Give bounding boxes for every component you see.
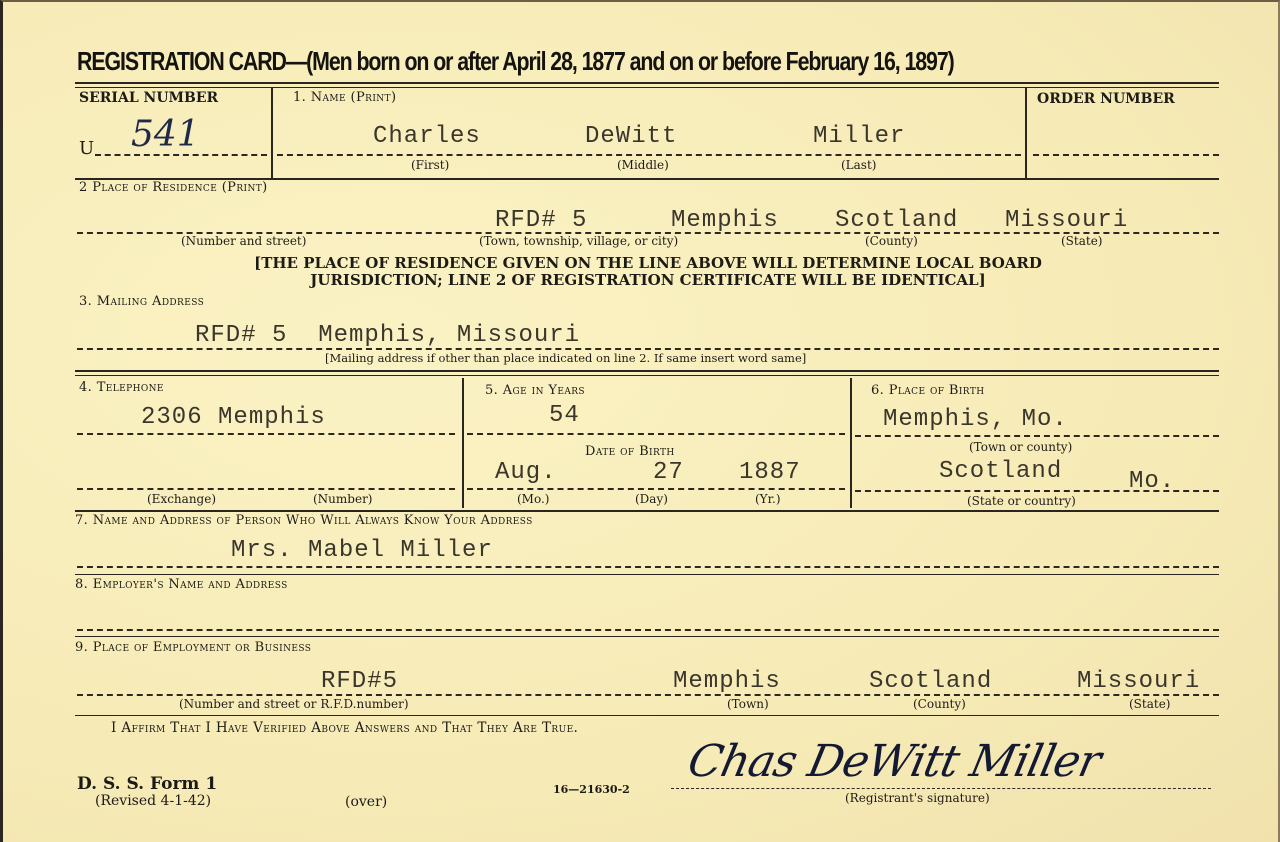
dob-year-value[interactable]: 1887 <box>739 459 801 486</box>
rule-after-birth <box>75 510 1219 512</box>
employer-underline <box>77 629 1219 631</box>
card-title: REGISTRATION CARD—(Men born on or after … <box>77 46 954 77</box>
residence-label: 2 Place of Residence (Print) <box>79 180 268 195</box>
birthplace-town-value[interactable]: Memphis, Mo. <box>883 406 1068 433</box>
rule-after-employment <box>75 715 1219 716</box>
telephone-underline-1 <box>77 433 455 435</box>
exchange-caption: (Exchange) <box>147 492 216 506</box>
employment-town-caption: (Town) <box>727 697 769 711</box>
form-id: D. S. S. Form 1 <box>77 774 217 794</box>
serial-prefix: U <box>79 138 94 159</box>
last-name-value[interactable]: Miller <box>813 123 905 150</box>
middle-name-value[interactable]: DeWitt <box>585 123 677 150</box>
name-label: 1. Name (Print) <box>293 90 396 105</box>
birthplace-town-caption: (Town or county) <box>969 440 1072 454</box>
name-underline <box>277 154 1021 156</box>
first-name-value[interactable]: Charles <box>373 123 481 150</box>
employment-state-value[interactable]: Missouri <box>1077 668 1200 695</box>
employment-label: 9. Place of Employment or Business <box>75 640 311 655</box>
residence-street-value[interactable]: RFD# 5 <box>495 207 587 234</box>
state-caption: (State) <box>1061 234 1102 248</box>
last-caption: (Last) <box>841 158 876 172</box>
serial-underline <box>95 154 267 156</box>
signature-caption: (Registrant's signature) <box>845 791 990 805</box>
over-indicator: (over) <box>345 794 387 810</box>
year-caption: (Yr.) <box>755 492 781 506</box>
employment-state-caption: (State) <box>1129 697 1170 711</box>
telephone-label: 4. Telephone <box>79 380 164 395</box>
month-caption: (Mo.) <box>517 492 549 506</box>
age-label: 5. Age in Years <box>485 383 585 398</box>
form-revised: (Revised 4-1-42) <box>95 793 211 809</box>
birthplace-county-value[interactable]: Scotland <box>939 458 1062 485</box>
rule-after-contact <box>75 574 1219 575</box>
employment-county-value[interactable]: Scotland <box>869 668 992 695</box>
top-rule <box>75 82 1219 84</box>
dob-label: Date of Birth <box>585 444 675 459</box>
employment-town-value[interactable]: Memphis <box>673 668 781 695</box>
middle-caption: (Middle) <box>617 158 669 172</box>
first-caption: (First) <box>411 158 449 172</box>
age-underline <box>467 433 845 435</box>
number-caption: (Number) <box>313 492 373 506</box>
telephone-value[interactable]: 2306 Memphis <box>141 404 326 431</box>
notice-line-2: JURISDICTION; LINE 2 OF REGISTRATION CER… <box>103 272 1193 289</box>
signature-line <box>671 788 1211 789</box>
residence-state-value[interactable]: Missouri <box>1005 207 1128 234</box>
rule-after-mailing-thin <box>75 375 1219 376</box>
employment-street-value[interactable]: RFD#5 <box>321 668 398 695</box>
divider-tel-age <box>462 378 464 508</box>
affirmation-text: I Affirm That I Have Verified Above Answ… <box>111 720 578 736</box>
contact-value[interactable]: Mrs. Mabel Miller <box>231 537 493 564</box>
dob-day-value[interactable]: 27 <box>653 459 684 486</box>
top-rule-thin <box>75 87 1219 88</box>
divider-age-birth <box>850 378 852 508</box>
divider-serial-name <box>271 88 273 178</box>
birthplace-underline-2 <box>855 490 1219 492</box>
employment-underline <box>77 694 1219 696</box>
rule-after-mailing <box>75 370 1219 372</box>
notice-line-1: [THE PLACE OF RESIDENCE GIVEN ON THE LIN… <box>103 255 1193 272</box>
birthplace-state-caption: (State or country) <box>967 494 1076 508</box>
order-number-field[interactable] <box>1033 154 1219 156</box>
serial-number-value[interactable]: 541 <box>131 114 200 155</box>
county-caption: (County) <box>865 234 918 248</box>
mailing-underline <box>77 348 1219 350</box>
registration-card: REGISTRATION CARD—(Men born on or after … <box>0 0 1280 842</box>
registrant-signature[interactable]: Chas DeWitt Miller <box>684 736 1105 787</box>
contact-underline <box>77 566 1219 568</box>
print-code: 16—21630-2 <box>553 783 630 796</box>
residence-town-value[interactable]: Memphis <box>671 207 779 234</box>
mailing-caption: [Mailing address if other than place ind… <box>325 351 806 365</box>
town-caption: (Town, township, village, or city) <box>479 234 678 248</box>
dob-underline <box>467 488 845 490</box>
employer-label: 8. Employer's Name and Address <box>75 577 288 592</box>
birthplace-label: 6. Place of Birth <box>871 383 984 398</box>
employment-street-caption: (Number and street or R.F.D.number) <box>179 697 409 711</box>
jurisdiction-notice: [THE PLACE OF RESIDENCE GIVEN ON THE LIN… <box>103 255 1193 289</box>
age-value[interactable]: 54 <box>549 402 580 429</box>
mailing-address-value[interactable]: RFD# 5 Memphis, Missouri <box>195 322 580 349</box>
telephone-underline-2 <box>77 488 455 490</box>
birthplace-underline-1 <box>855 435 1219 437</box>
contact-label: 7. Name and Address of Person Who Will A… <box>75 513 533 528</box>
mailing-address-label: 3. Mailing Address <box>79 294 204 309</box>
rule-after-employer <box>75 636 1219 637</box>
divider-name-order <box>1025 88 1027 178</box>
day-caption: (Day) <box>635 492 668 506</box>
residence-county-value[interactable]: Scotland <box>835 207 958 234</box>
street-caption: (Number and street) <box>181 234 306 248</box>
order-number-label: ORDER NUMBER <box>1037 91 1175 107</box>
employment-county-caption: (County) <box>913 697 966 711</box>
serial-number-label: SERIAL NUMBER <box>79 90 218 106</box>
dob-month-value[interactable]: Aug. <box>495 459 557 486</box>
